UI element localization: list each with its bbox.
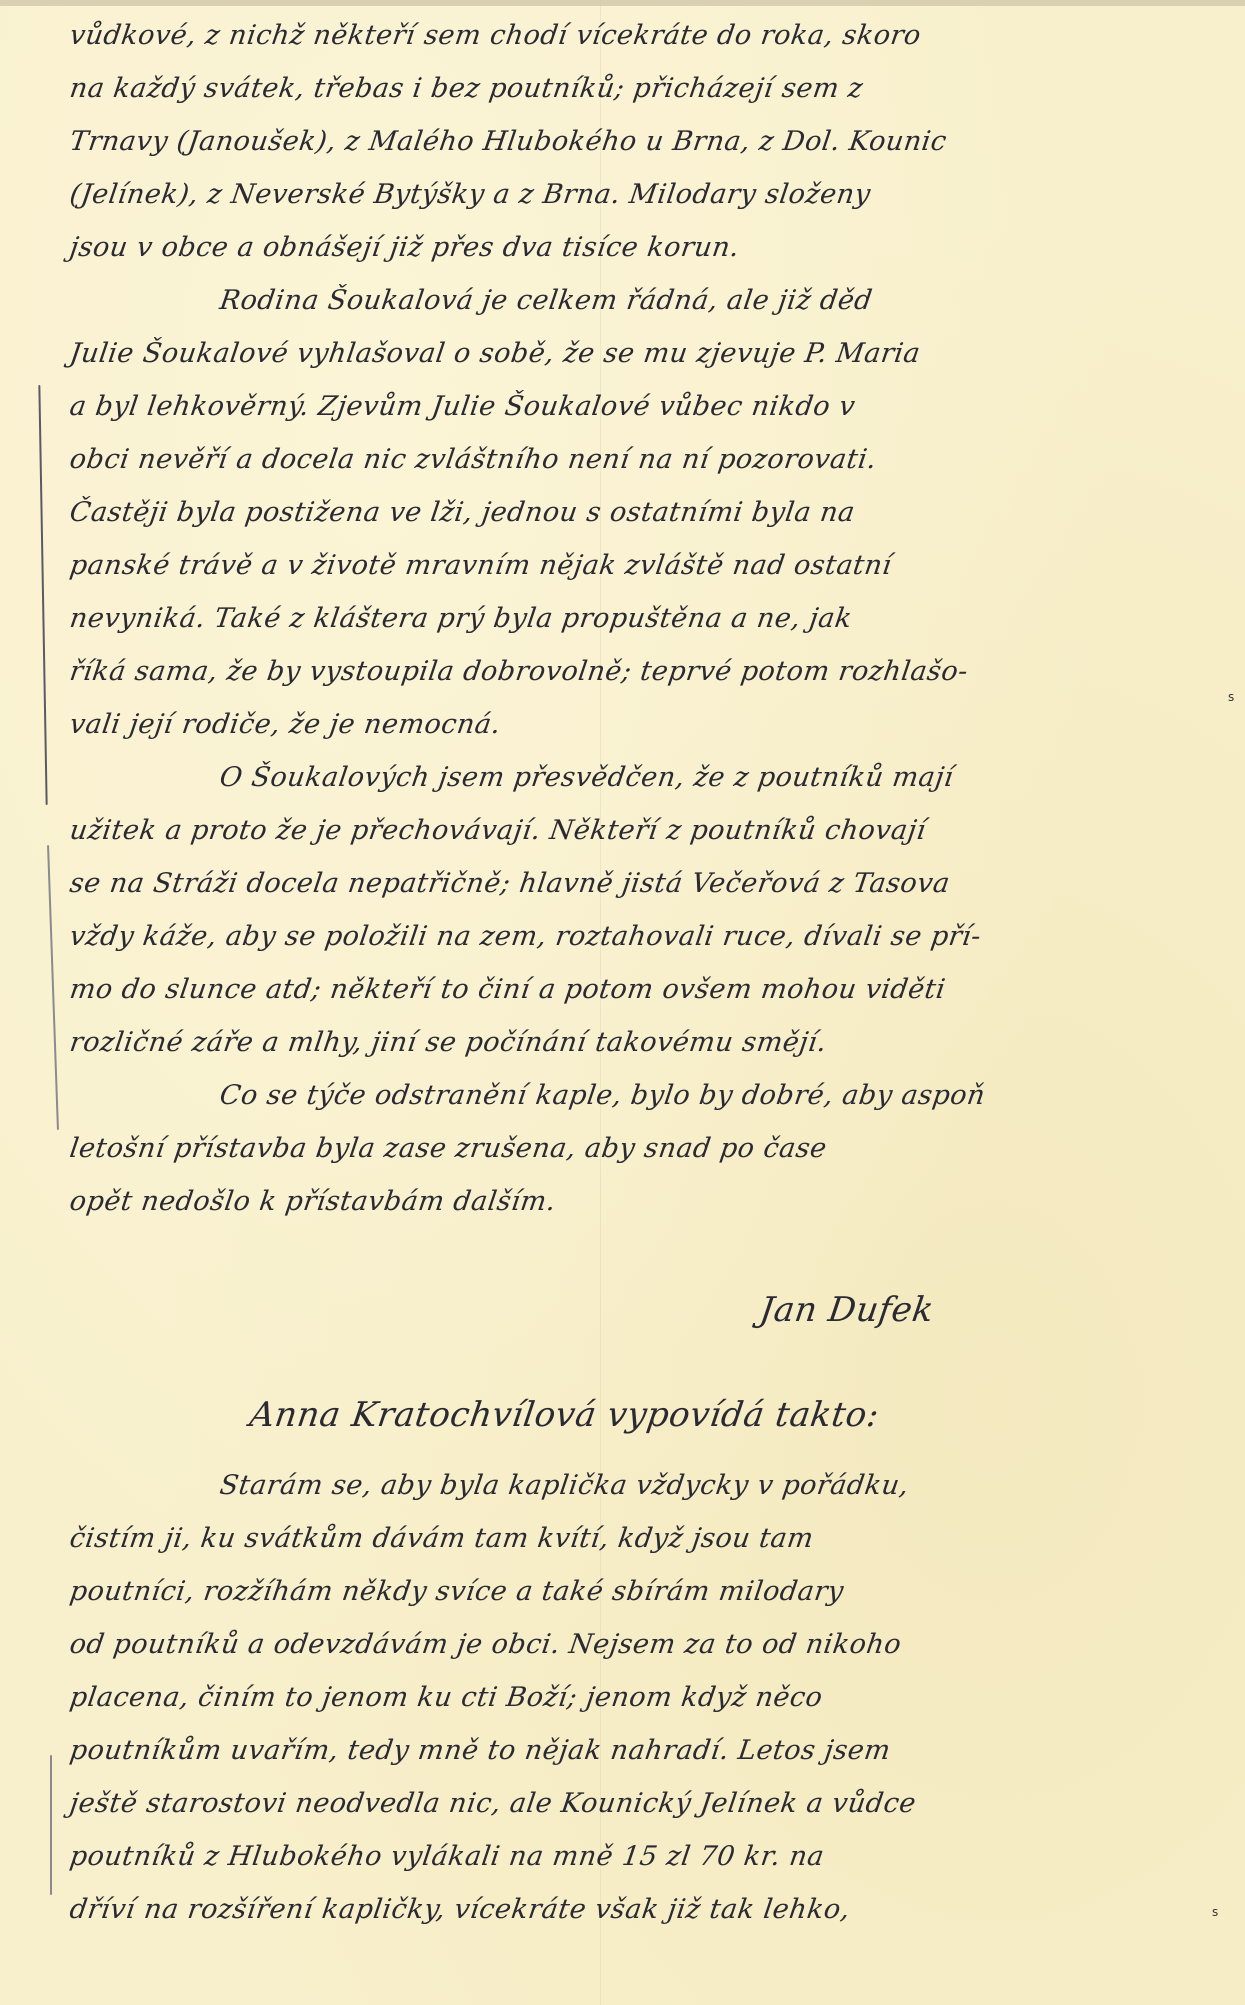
text-line: opět nedošlo k přístavbám dalším. — [68, 1186, 558, 1217]
text-line: Co se týče odstranění kaple, bylo by dob… — [218, 1080, 987, 1111]
text-line: vždy káže, aby se položili na zem, rozta… — [68, 921, 983, 952]
page-mark: s — [1228, 690, 1234, 704]
paper-top-edge — [0, 0, 1245, 6]
text-line: panské trávě a v životě mravním nějak zv… — [68, 550, 894, 581]
text-line: Častěji byla postižena ve lži, jednou s … — [68, 497, 857, 528]
text-line: vali její rodiče, že je nemocná. — [68, 709, 503, 740]
margin-mark-1 — [38, 385, 47, 805]
text-line: poutníci, rozžíhám někdy svíce a také sb… — [68, 1576, 846, 1607]
text-line: rozličné záře a mlhy, jiní se počínání t… — [68, 1027, 829, 1058]
text-line: letošní přístavba byla zase zrušena, aby… — [68, 1133, 829, 1164]
text-line: poutníkům uvařím, tedy mně to nějak nahr… — [68, 1735, 893, 1766]
text-line: se na Stráži docela nepatřičně; hlavně j… — [68, 868, 952, 899]
text-line: O Šoukalových jsem přesvědčen, že z pout… — [218, 762, 956, 793]
text-line: Rodina Šoukalová je celkem řádná, ale ji… — [218, 285, 875, 316]
text-line: na každý svátek, třebas i bez poutníků; … — [68, 73, 865, 104]
text-line: jsou v obce a obnášejí již přes dva tisí… — [68, 232, 742, 263]
margin-mark-3 — [50, 1755, 52, 1895]
text-line: vůdkové, z nichž někteří sem chodí vícek… — [68, 20, 923, 51]
text-line: ještě starostovi neodvedla nic, ale Koun… — [68, 1788, 918, 1819]
text-line: dříví na rozšíření kapličky, vícekráte v… — [68, 1894, 852, 1925]
text-line: Starám se, aby byla kaplička vždycky v p… — [218, 1470, 911, 1501]
text-line: říká sama, že by vystoupila dobrovolně; … — [68, 656, 970, 687]
text-line: poutníků z Hlubokého vylákali na mně 15 … — [68, 1841, 826, 1872]
text-line: placena, činím to jenom ku cti Boží; jen… — [68, 1682, 825, 1713]
text-line: a byl lehkověrný. Zjevům Julie Šoukalové… — [68, 391, 857, 422]
signature: Jan Dufek — [757, 1290, 936, 1330]
text-line: (Jelínek), z Neverské Bytýšky a z Brna. … — [68, 179, 873, 210]
text-line: čistím ji, ku svátkům dávám tam kvítí, k… — [68, 1523, 816, 1554]
document-page: vůdkové, z nichž někteří sem chodí vícek… — [0, 0, 1245, 2005]
text-line: od poutníků a odevzdávám je obci. Nejsem… — [68, 1629, 904, 1660]
text-line: Trnavy (Janoušek), z Malého Hlubokého u … — [68, 126, 949, 157]
text-line: Julie Šoukalové vyhlašoval o sobě, že se… — [68, 338, 923, 369]
text-line: nevyniká. Také z kláštera prý byla propu… — [68, 603, 854, 634]
text-line: obci nevěří a docela nic zvláštního není… — [68, 444, 879, 475]
text-line: užitek a proto že je přechovávají. Někte… — [68, 815, 928, 846]
text-line: mo do slunce atd; někteří to činí a poto… — [68, 974, 948, 1005]
page-mark: s — [1212, 1905, 1218, 1919]
testimony-heading: Anna Kratochvílová vypovídá takto: — [247, 1395, 881, 1435]
margin-mark-2 — [47, 845, 59, 1130]
